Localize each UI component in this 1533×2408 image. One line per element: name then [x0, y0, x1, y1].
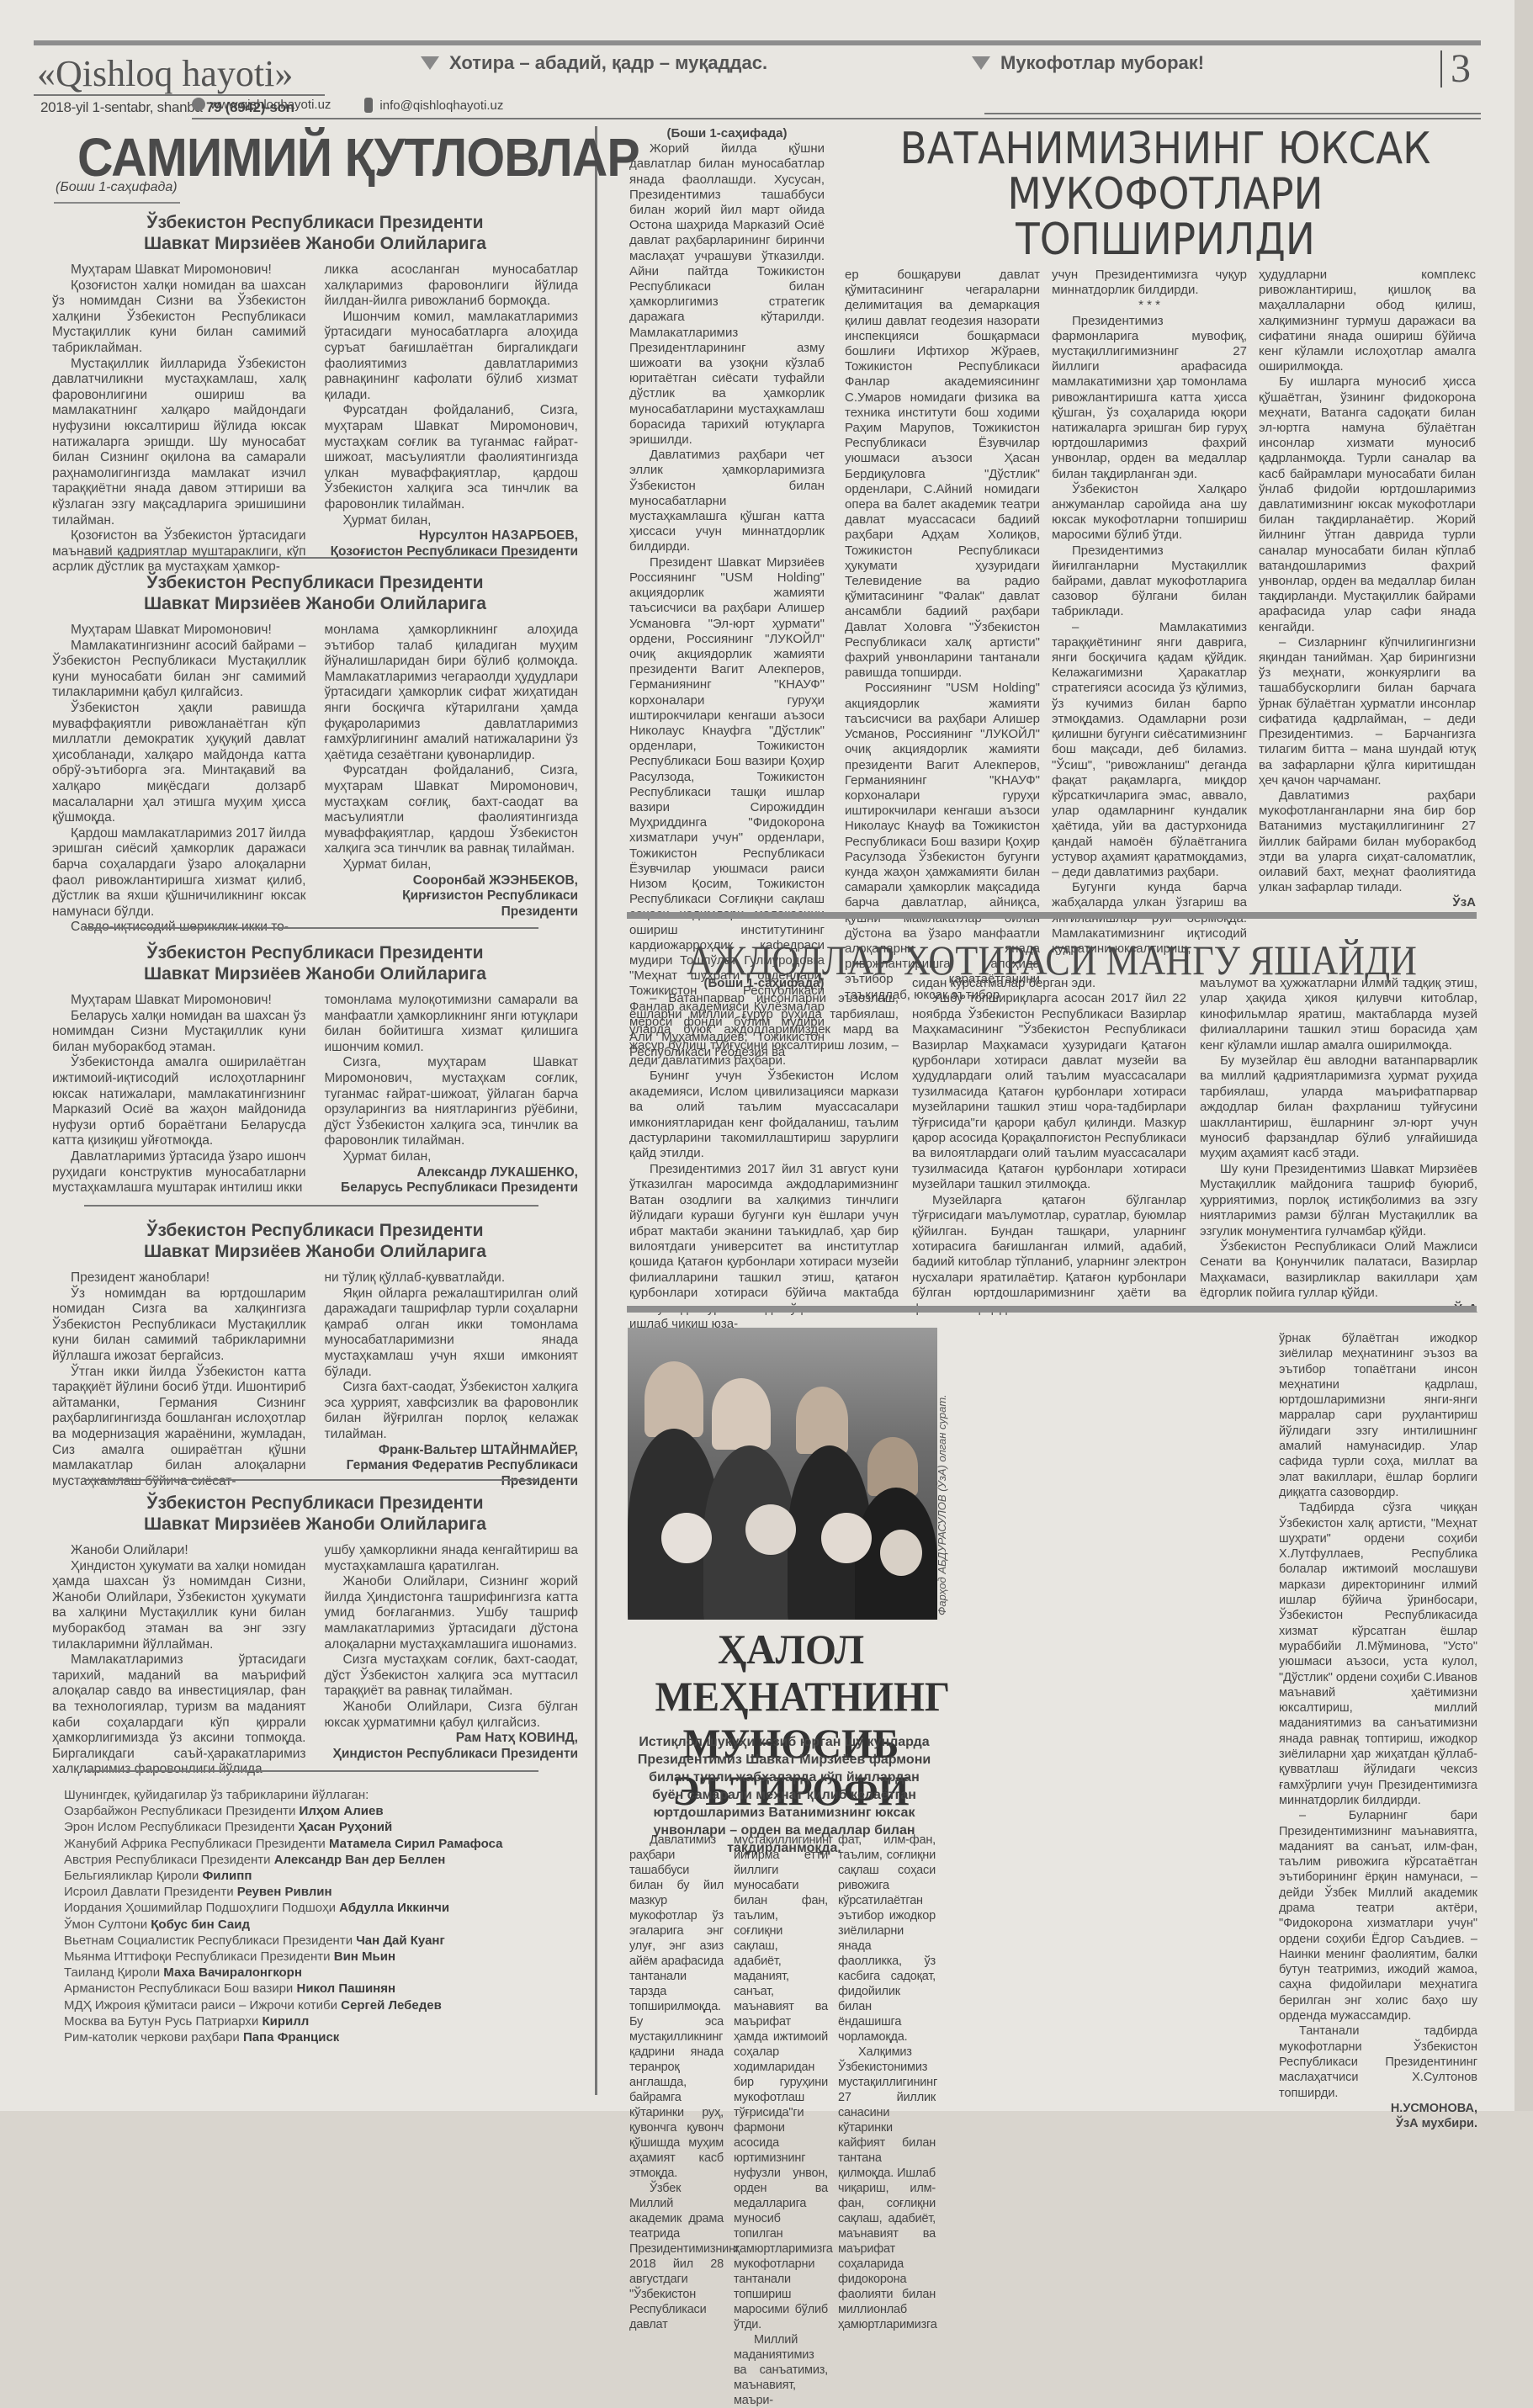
divider — [84, 1770, 538, 1772]
article2-col-2: ер бошқаруви давлат қўмитасининг чегарал… — [845, 268, 1040, 1003]
article2-continued: (Боши 1-саҳифада) — [629, 126, 825, 141]
letter-kazakhstan: Ўзбекистон Республикаси ПрезидентиШавкат… — [52, 212, 578, 575]
letter-heading: Ўзбекистон Республикаси ПрезидентиШавкат… — [52, 1493, 578, 1535]
list-item: Ўмон Султони Қобус бин Саид — [64, 1917, 502, 1933]
page-number: 3 — [1440, 50, 1471, 88]
letter-heading: Ўзбекистон Республикаси ПрезидентиШавкат… — [52, 572, 578, 614]
photo-credit: Фарҳод АБДУРАСУЛОВ (ЎзА) олган сурат. — [936, 1394, 948, 1615]
letter-heading: Ўзбекистон Республикаси ПрезидентиШавкат… — [52, 1220, 578, 1262]
contacts-bar: www.qishloqhayoti.uz info@qishloqhayoti.… — [192, 98, 1481, 119]
newspaper-logo: «Qishloq hayoti» — [37, 52, 293, 95]
logo-underline — [34, 94, 325, 96]
email-link[interactable]: info@qishloqhayoti.uz — [364, 98, 503, 113]
article2-col-3: учун Президентимизга чуқур миннатдорлик … — [1052, 268, 1247, 957]
letter-col-1: Жаноби Олийлари! Ҳиндистон ҳукумати ва х… — [52, 1543, 306, 1778]
list-item: Жанубий Африка Республикаси Президенти М… — [64, 1836, 502, 1852]
divider — [84, 557, 538, 559]
newspaper-page: «Qishloq hayoti» 2018-yil 1-sentabr, sha… — [0, 0, 1514, 2111]
award-photo — [628, 1328, 937, 1620]
triangle-bullet-icon — [421, 56, 439, 70]
letter-col-1: Муҳтарам Шавкат Миромонович! Мамлакатинг… — [52, 623, 306, 936]
divider — [54, 202, 180, 204]
globe-icon — [192, 98, 205, 111]
article4-col-2: мустақиллигининг йигирма етти йиллиги му… — [734, 1833, 828, 2111]
article2-col-1: (Боши 1-саҳифада) Жорий йилда қўшни давл… — [629, 126, 825, 1060]
triangle-bullet-icon — [972, 56, 990, 70]
list-item: Таиланд Қироли Маха Вачиралонгкорн — [64, 1965, 502, 1981]
letter-col-2: томонлама мулоқотимизни самарали ва манф… — [325, 993, 579, 1196]
column-separator — [595, 126, 597, 2095]
page-edge — [1514, 0, 1533, 2111]
signature: Франк-Вальтер ШТАЙНМАЙЕР,Германия Федера… — [325, 1443, 579, 1490]
also-congratulated-list: Шунингдек, қуйидагилар ўз табрикларини й… — [64, 1787, 502, 2045]
list-item: Москва ва Бутун Русь Патриархи Кирилл — [64, 2013, 502, 2029]
article3-col-2: сидан кўрсатмалар берган эди. Ушбу топши… — [912, 976, 1186, 1317]
article2-source: ЎзА — [1259, 895, 1476, 910]
issue-date: 2018-yil 1-sentabr, shanba — [40, 99, 203, 115]
letter-col-2: ликка асосланган муносабатлар халқларими… — [325, 263, 579, 575]
article4-col-4: ўрнак бўлаётган ижодкор зиёлилар меҳнати… — [1279, 1331, 1477, 2111]
letter-col-1: Муҳтарам Шавкат Миромонович! Беларусь ха… — [52, 993, 306, 1196]
list-item: Исроил Давлати Президенти Реувен Ривлин — [64, 1884, 502, 1900]
article1-title: САМИМИЙ ҚУТЛОВЛАР — [77, 126, 639, 188]
letter-india: Ўзбекистон Республикаси ПрезидентиШавкат… — [52, 1493, 578, 1778]
letter-col-1: Муҳтарам Шавкат Миромонович! Қозоғистон … — [52, 263, 306, 575]
rubric-left: Хотира – абадий, қадр – муқаддас. — [421, 52, 767, 74]
signature: Сооронбай ЖЭЭНБЕКОВ,Қирғизистон Республи… — [325, 873, 579, 920]
letter-col-2: ни тўлиқ қўллаб-қувватлайди. Яқин ойларг… — [325, 1270, 579, 1489]
website-link[interactable]: www.qishloqhayoti.uz — [192, 98, 331, 113]
divider — [84, 1479, 538, 1481]
section-bar — [627, 1306, 1477, 1313]
list-item: Иордания Ҳошимийлар Подшоҳлиги Подшоҳи А… — [64, 1900, 502, 1916]
list-item: Бельгияликлар Қироли Филипп — [64, 1868, 502, 1884]
signature: Нурсултон НАЗАРБОЕВ,Қозоғистон Республик… — [325, 528, 579, 560]
divider — [984, 113, 1481, 114]
letter-belarus: Ўзбекистон Республикаси ПрезидентиШавкат… — [52, 942, 578, 1196]
list-item: Эрон Ислом Республикаси Президенти Ҳасан… — [64, 1819, 502, 1835]
letter-kyrgyzstan: Ўзбекистон Республикаси ПрезидентиШавкат… — [52, 572, 578, 936]
letter-col-2: ушбу ҳамкорликни янада кенгайтириш ва му… — [325, 1543, 579, 1778]
rubric-right: Мукофотлар муборак! — [972, 52, 1204, 74]
list-item: Озарбайжон Республикаси Президенти Илҳом… — [64, 1803, 502, 1819]
article3-col-3: маълумот ва ҳужжатларни илмий тадқиқ эти… — [1200, 976, 1477, 1317]
mail-icon — [364, 98, 373, 113]
divider — [84, 927, 538, 929]
article4-col-3: фат, илм-фан, таълим, соғлиқни сақлаш со… — [838, 1833, 936, 2111]
list-item: МДҲ Ижроия қўмитаси раиси – Ижрочи котиб… — [64, 1997, 502, 2013]
letter-col-2: монлама ҳамкорликнинг алоҳида эътибор та… — [325, 623, 579, 936]
list-item: Рим-католик черкови раҳбари Папа Францис… — [64, 2029, 502, 2045]
letter-heading: Ўзбекистон Республикаси ПрезидентиШавкат… — [52, 212, 578, 254]
article4-author: Н.УСМОНОВА, ЎзА мухбири. — [1279, 2101, 1477, 2111]
article3-continued: (Боши 1-саҳифада) — [629, 976, 899, 991]
letter-heading: Ўзбекистон Республикаси ПрезидентиШавкат… — [52, 942, 578, 984]
signature: Александр ЛУКАШЕНКО,Беларусь Республикас… — [325, 1165, 579, 1196]
list-item: Австрия Республикаси Президенти Александ… — [64, 1852, 502, 1868]
letter-col-1: Президент жаноблари! Ўз номимдан ва юртд… — [52, 1270, 306, 1489]
article4-col-1: Давлатимиз раҳбари ташаббуси билан бу йи… — [629, 1833, 724, 2111]
letter-germany: Ўзбекистон Республикаси ПрезидентиШавкат… — [52, 1220, 578, 1489]
list-item: Вьетнам Социалистик Республикаси Президе… — [64, 1933, 502, 1949]
section-bar — [627, 912, 1477, 919]
divider — [84, 1205, 538, 1207]
article2-col-4: ҳудудларни комплекс ривожлантириш, қишло… — [1259, 268, 1476, 911]
article1-continued: (Боши 1-саҳифада) — [56, 180, 178, 195]
article3-col-1: (Боши 1-саҳифада) – Ватанпарвар инсонлар… — [629, 976, 899, 1332]
signature: Рам Натҳ КОВИНД,Ҳиндистон Республикаси П… — [325, 1731, 579, 1762]
list-item: Мьянма Иттифоқи Республикаси Президенти … — [64, 1949, 502, 1965]
list-item: Арманистон Республикаси Бош вазири Никол… — [64, 1981, 502, 1997]
masthead-top-bar — [34, 40, 1481, 45]
article2-title: ВАТАНИМИЗНИНГ ЮКСАК МУКОФОТЛАРИ ТОПШИРИЛ… — [874, 126, 1457, 263]
